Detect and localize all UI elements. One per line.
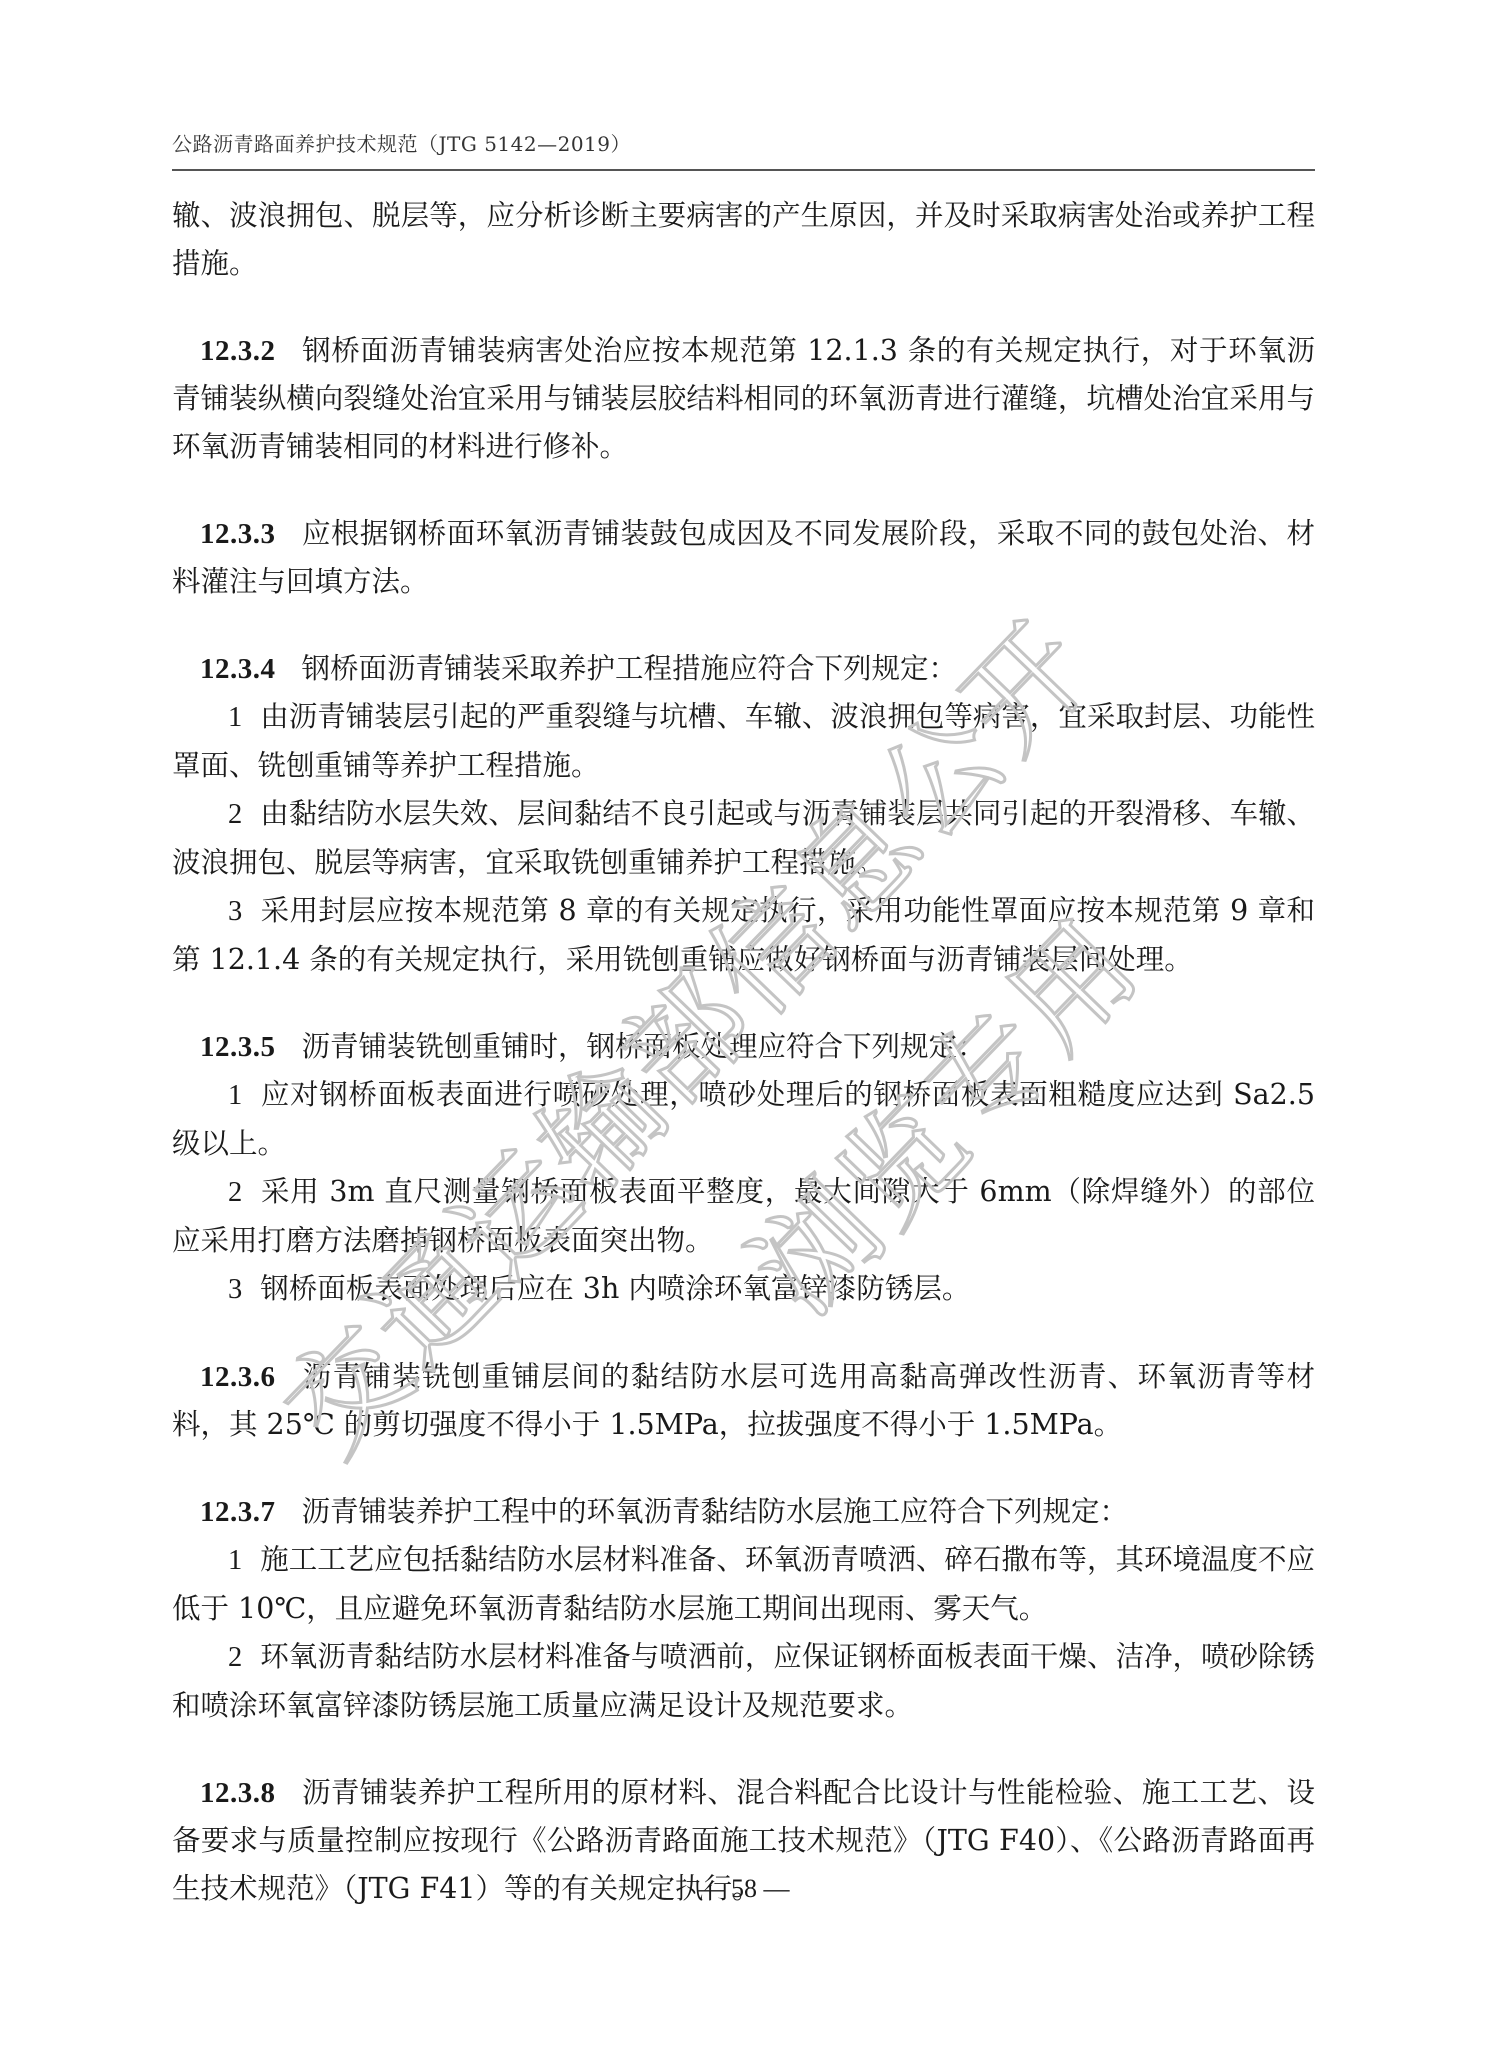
page-body: 辙、波浪拥包、脱层等，应分析诊断主要病害的产生原因，并及时采取病害处治或养护工程…: [172, 192, 1315, 1913]
clause-paragraph: 12.3.4钢桥面沥青铺装采取养护工程措施应符合下列规定：: [172, 645, 1315, 693]
page-number: — 58 —: [0, 1874, 1488, 1904]
list-item: 1由沥青铺装层引起的严重裂缝与坑槽、车辙、波浪拥包等病害，宜采取封层、功能性罩面…: [172, 693, 1315, 790]
item-text: 采用封层应按本规范第 8 章的有关规定执行，采用功能性罩面应按本规范第 9 章和…: [172, 894, 1315, 976]
clause-12-3-5: 12.3.5沥青铺装铣刨重铺时，钢桥面板处理应符合下列规定： 1应对钢桥面板表面…: [172, 1023, 1315, 1314]
item-number: 1: [200, 1537, 242, 1585]
item-number: 3: [200, 1266, 242, 1314]
clause-paragraph: 12.3.6沥青铺装铣刨重铺层间的黏结防水层可选用高黏高弹改性沥青、环氧沥青等材…: [172, 1353, 1315, 1449]
clause-paragraph: 12.3.3应根据钢桥面环氧沥青铺装鼓包成因及不同发展阶段，采取不同的鼓包处治、…: [172, 510, 1315, 606]
item-number: 2: [200, 1169, 242, 1217]
clause-number: 12.3.2: [200, 335, 276, 367]
item-number: 3: [200, 888, 242, 936]
clause-number: 12.3.8: [200, 1777, 276, 1809]
item-number: 2: [200, 791, 242, 839]
item-text: 应对钢桥面板表面进行喷砂处理，喷砂处理后的钢桥面板表面粗糙度应达到 Sa2.5 …: [172, 1078, 1315, 1160]
clause-number: 12.3.7: [200, 1496, 276, 1528]
clause-text: 钢桥面沥青铺装采取养护工程措施应符合下列规定：: [302, 652, 958, 685]
list-item: 1应对钢桥面板表面进行喷砂处理，喷砂处理后的钢桥面板表面粗糙度应达到 Sa2.5…: [172, 1071, 1315, 1168]
list-item: 2环氧沥青黏结防水层材料准备与喷洒前，应保证钢桥面板表面干燥、洁净，喷砂除锈和喷…: [172, 1633, 1315, 1730]
clause-text: 沥青铺装养护工程中的环氧沥青黏结防水层施工应符合下列规定：: [302, 1495, 1129, 1528]
item-number: 1: [200, 694, 242, 742]
clause-text: 沥青铺装铣刨重铺时，钢桥面板处理应符合下列规定：: [302, 1030, 986, 1063]
clause-12-3-3: 12.3.3应根据钢桥面环氧沥青铺装鼓包成因及不同发展阶段，采取不同的鼓包处治、…: [172, 510, 1315, 606]
document-page: 公路沥青路面养护技术规范（JTG 5142—2019） 辙、波浪拥包、脱层等，应…: [0, 0, 1488, 2054]
running-header: 公路沥青路面养护技术规范（JTG 5142—2019）: [172, 128, 631, 157]
clause-text: 钢桥面沥青铺装病害处治应按本规范第 12.1.3 条的有关规定执行，对于环氧沥青…: [172, 334, 1315, 463]
continued-paragraph: 辙、波浪拥包、脱层等，应分析诊断主要病害的产生原因，并及时采取病害处治或养护工程…: [172, 192, 1315, 288]
clause-text: 应根据钢桥面环氧沥青铺装鼓包成因及不同发展阶段，采取不同的鼓包处治、材料灌注与回…: [172, 517, 1315, 598]
clause-paragraph: 12.3.2钢桥面沥青铺装病害处治应按本规范第 12.1.3 条的有关规定执行，…: [172, 327, 1315, 471]
clause-12-3-7: 12.3.7沥青铺装养护工程中的环氧沥青黏结防水层施工应符合下列规定： 1施工工…: [172, 1488, 1315, 1730]
clause-12-3-4: 12.3.4钢桥面沥青铺装采取养护工程措施应符合下列规定： 1由沥青铺装层引起的…: [172, 645, 1315, 984]
clause-paragraph: 12.3.7沥青铺装养护工程中的环氧沥青黏结防水层施工应符合下列规定：: [172, 1488, 1315, 1536]
list-item: 3钢桥面板表面处理后应在 3h 内喷涂环氧富锌漆防锈层。: [172, 1265, 1315, 1314]
item-text: 钢桥面板表面处理后应在 3h 内喷涂环氧富锌漆防锈层。: [260, 1272, 970, 1305]
item-text: 采用 3m 直尺测量钢桥面板表面平整度，最大间隙大于 6mm（除焊缝外）的部位应…: [172, 1175, 1315, 1257]
clause-12-3-2: 12.3.2钢桥面沥青铺装病害处治应按本规范第 12.1.3 条的有关规定执行，…: [172, 327, 1315, 471]
clause-text: 沥青铺装铣刨重铺层间的黏结防水层可选用高黏高弹改性沥青、环氧沥青等材料，其 25…: [172, 1360, 1315, 1441]
item-text: 由沥青铺装层引起的严重裂缝与坑槽、车辙、波浪拥包等病害，宜采取封层、功能性罩面、…: [172, 700, 1315, 782]
item-text: 环氧沥青黏结防水层材料准备与喷洒前，应保证钢桥面板表面干燥、洁净，喷砂除锈和喷涂…: [172, 1640, 1315, 1722]
list-item: 3采用封层应按本规范第 8 章的有关规定执行，采用功能性罩面应按本规范第 9 章…: [172, 887, 1315, 984]
item-text: 施工工艺应包括黏结防水层材料准备、环氧沥青喷洒、碎石撒布等，其环境温度不应低于 …: [172, 1543, 1315, 1625]
clause-number: 12.3.4: [200, 653, 276, 685]
item-number: 2: [200, 1634, 242, 1682]
item-text: 由黏结防水层失效、层间黏结不良引起或与沥青铺装层共同引起的开裂滑移、车辙、波浪拥…: [172, 797, 1315, 879]
list-item: 2采用 3m 直尺测量钢桥面板表面平整度，最大间隙大于 6mm（除焊缝外）的部位…: [172, 1168, 1315, 1265]
clause-number: 12.3.6: [200, 1361, 276, 1393]
item-number: 1: [200, 1072, 242, 1120]
header-divider: [172, 169, 1315, 171]
list-item: 2由黏结防水层失效、层间黏结不良引起或与沥青铺装层共同引起的开裂滑移、车辙、波浪…: [172, 790, 1315, 887]
list-item: 1施工工艺应包括黏结防水层材料准备、环氧沥青喷洒、碎石撒布等，其环境温度不应低于…: [172, 1536, 1315, 1633]
clause-number: 12.3.5: [200, 1031, 276, 1063]
clause-12-3-6: 12.3.6沥青铺装铣刨重铺层间的黏结防水层可选用高黏高弹改性沥青、环氧沥青等材…: [172, 1353, 1315, 1449]
clause-paragraph: 12.3.5沥青铺装铣刨重铺时，钢桥面板处理应符合下列规定：: [172, 1023, 1315, 1071]
clause-number: 12.3.3: [200, 518, 276, 550]
